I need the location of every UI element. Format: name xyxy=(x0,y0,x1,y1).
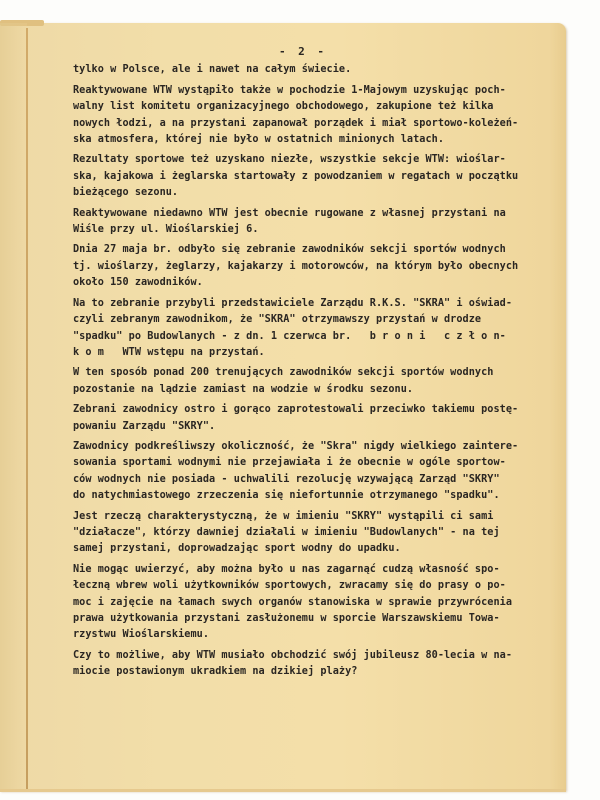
text-line: "działacze", którzy dawniej działali w i… xyxy=(73,525,563,541)
text-line: do natychmiastowego zrzeczenia się niefo… xyxy=(73,488,563,504)
page-bottom-edge xyxy=(0,789,566,792)
page-number: - 2 - xyxy=(73,44,533,60)
text-line: Reaktywowane WTW wystąpiło także w pocho… xyxy=(73,83,563,99)
text-line: Zebrani zawodnicy ostro i gorąco zaprote… xyxy=(73,402,563,418)
text-line: nowych łodzi, a na przystani zapanował p… xyxy=(73,116,563,132)
paragraph: Nie mogąc uwierzyć, aby można było u nas… xyxy=(73,562,563,644)
paragraph: Dnia 27 maja br. odbyło się zebranie zaw… xyxy=(73,242,563,291)
paragraph: W ten sposób ponad 200 trenujących zawod… xyxy=(73,365,563,398)
text-line: miocie postawionym ukradkiem na dzikiej … xyxy=(73,664,563,680)
text-line: bieżącego sezonu. xyxy=(73,185,563,201)
text-line: Na to zebranie przybyli przedstawiciele … xyxy=(73,296,563,312)
text-line: tj. wioślarzy, żeglarzy, kajakarzy i mot… xyxy=(73,259,563,275)
text-line: powaniu Zarządu "SKRY". xyxy=(73,419,563,435)
text-line: około 150 zawodników. xyxy=(73,275,563,291)
text-line: ców wodnych nie posiada - uchwalili rezo… xyxy=(73,472,563,488)
text-line: prawa użytkowania przystani zasłużonemu … xyxy=(73,611,563,627)
text-line: Nie mogąc uwierzyć, aby można było u nas… xyxy=(73,562,563,578)
text-line: moc i zajęcie na łamach swych organów st… xyxy=(73,595,563,611)
text-line: łeczną wbrew woli użytkowników sportowyc… xyxy=(73,578,563,594)
text-line: k o m WTW wstępu na przystań. xyxy=(73,345,563,361)
text-line: Zawodnicy podkreśliwszy okoliczność, że … xyxy=(73,439,563,455)
text-line: Dnia 27 maja br. odbyło się zebranie zaw… xyxy=(73,242,563,258)
paragraphs: tylko w Polsce, ale i nawet na całym świ… xyxy=(73,62,563,680)
text-line: Wiśle przy ul. Wioślarskiej 6. xyxy=(73,222,563,238)
text-line: "spadku" po Budowlanych - z dn. 1 czerwc… xyxy=(73,329,563,345)
paragraph: Reaktywowane WTW wystąpiło także w pocho… xyxy=(73,83,563,149)
paragraph: Rezultaty sportowe też uzyskano niezłe, … xyxy=(73,152,563,201)
paragraph: Jest rzeczą charakterystyczną, że w imie… xyxy=(73,509,563,558)
paragraph: Zebrani zawodnicy ostro i gorąco zaprote… xyxy=(73,402,563,435)
text-line: sowania sportami wodnymi nie przejawiała… xyxy=(73,455,563,471)
text-line: walny list komitetu organizacyjnego obch… xyxy=(73,99,563,115)
text-line: samej przystani, doprowadzając sport wod… xyxy=(73,541,563,557)
page-fold-shadow xyxy=(0,23,27,791)
text-line: Jest rzeczą charakterystyczną, że w imie… xyxy=(73,509,563,525)
text-line: W ten sposób ponad 200 trenujących zawod… xyxy=(73,365,563,381)
text-line: pozostanie na lądzie zamiast na wodzie w… xyxy=(73,382,563,398)
paragraph: Zawodnicy podkreśliwszy okoliczność, że … xyxy=(73,439,563,505)
paragraph: Reaktywowane niedawno WTW jest obecnie r… xyxy=(73,206,563,239)
text-line: tylko w Polsce, ale i nawet na całym świ… xyxy=(73,62,563,78)
paragraph: Na to zebranie przybyli przedstawiciele … xyxy=(73,296,563,362)
text-line: ska, kajakowa i żeglarska startowały z p… xyxy=(73,169,563,185)
paragraph: Czy to możliwe, aby WTW musiało obchodzi… xyxy=(73,648,563,681)
text-line: czyli zebranym zawodnikom, że "SKRA" otr… xyxy=(73,312,563,328)
document-body: - 2 - tylko w Polsce, ale i nawet na cał… xyxy=(73,44,563,685)
text-line: Reaktywowane niedawno WTW jest obecnie r… xyxy=(73,206,563,222)
paragraph: tylko w Polsce, ale i nawet na całym świ… xyxy=(73,62,563,78)
text-line: rzystwu Wioślarskiemu. xyxy=(73,627,563,643)
text-line: ska atmosfera, której nie było w ostatni… xyxy=(73,132,563,148)
text-line: Czy to możliwe, aby WTW musiało obchodzi… xyxy=(73,648,563,664)
page-fold-line xyxy=(26,28,28,790)
text-line: Rezultaty sportowe też uzyskano niezłe, … xyxy=(73,152,563,168)
